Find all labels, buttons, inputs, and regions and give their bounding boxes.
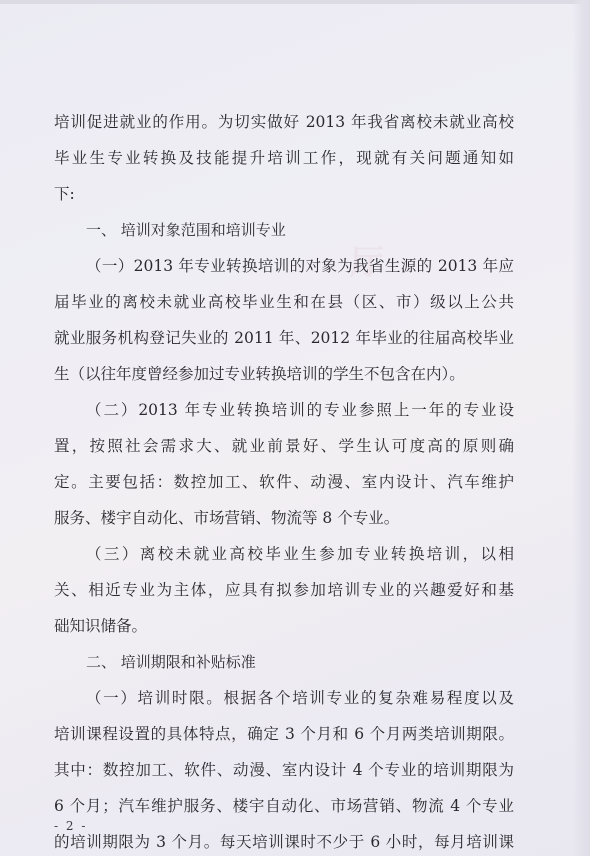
paragraph-line: 其中：数控加工、软件、动漫、室内设计 4 个专业的培训期限为 (54, 760, 514, 780)
paragraph-line: （一）2013 年专业转换培训的对象为我省生源的 2013 年应 (86, 256, 514, 276)
paragraph-line: 毕业生专业转换及技能提升培训工作，现就有关问题通知如 (54, 148, 514, 168)
section-heading-2: 二、 培训期限和补贴标准 (86, 652, 514, 672)
paragraph-line: 6 个月；汽车维护服务、楼宇自动化、市场营销、物流 4 个专业 (54, 796, 514, 816)
paragraph-line: （三）离校未就业高校毕业生参加专业转换培训，以相 (86, 544, 514, 564)
paragraph-line: 定。主要包括：数控加工、软件、动漫、室内设计、汽车维护 (54, 472, 514, 492)
paragraph-line: 的培训期限为 3 个月。每天培训课时不少于 6 小时，每月培训课 (54, 832, 514, 852)
paragraph-line: 础知识储备。 (54, 616, 514, 636)
paragraph-line: 就业服务机构登记失业的 2011 年、2012 年毕业的往届高校毕业 (54, 328, 514, 348)
paragraph-line: （二）2013 年专业转换培训的专业参照上一年的专业设 (86, 400, 514, 420)
page-number: - 2 - (54, 819, 87, 833)
paragraph-line: 服务、楼宇自动化、市场营销、物流等 8 个专业。 (54, 508, 514, 528)
scan-top-edge (0, 0, 590, 4)
paragraph-line: 生（以往年度曾经参加过专业转换培训的学生不包含在内）。 (54, 364, 514, 384)
paragraph-line: （一）培训时限。根据各个培训专业的复杂难易程度以及 (86, 688, 514, 708)
paragraph-line: 届毕业的离校未就业高校毕业生和在县（区、市）级以上公共 (54, 292, 514, 312)
paragraph-line: 关、相近专业为主体，应具有拟参加培训专业的兴趣爱好和基 (54, 580, 514, 600)
scan-right-edge (572, 0, 590, 856)
section-heading-1: 一、 培训对象范围和培训专业 (86, 220, 514, 240)
paragraph-line: 置，按照社会需求大、就业前景好、学生认可度高的原则确 (54, 436, 514, 456)
paragraph-line: 培训促进就业的作用。为切实做好 2013 年我省离校未就业高校 (54, 112, 514, 132)
paragraph-line: 下: (54, 184, 514, 204)
paragraph-line: 培训课程设置的具体特点，确定 3 个月和 6 个月两类培训期限。 (54, 724, 514, 744)
